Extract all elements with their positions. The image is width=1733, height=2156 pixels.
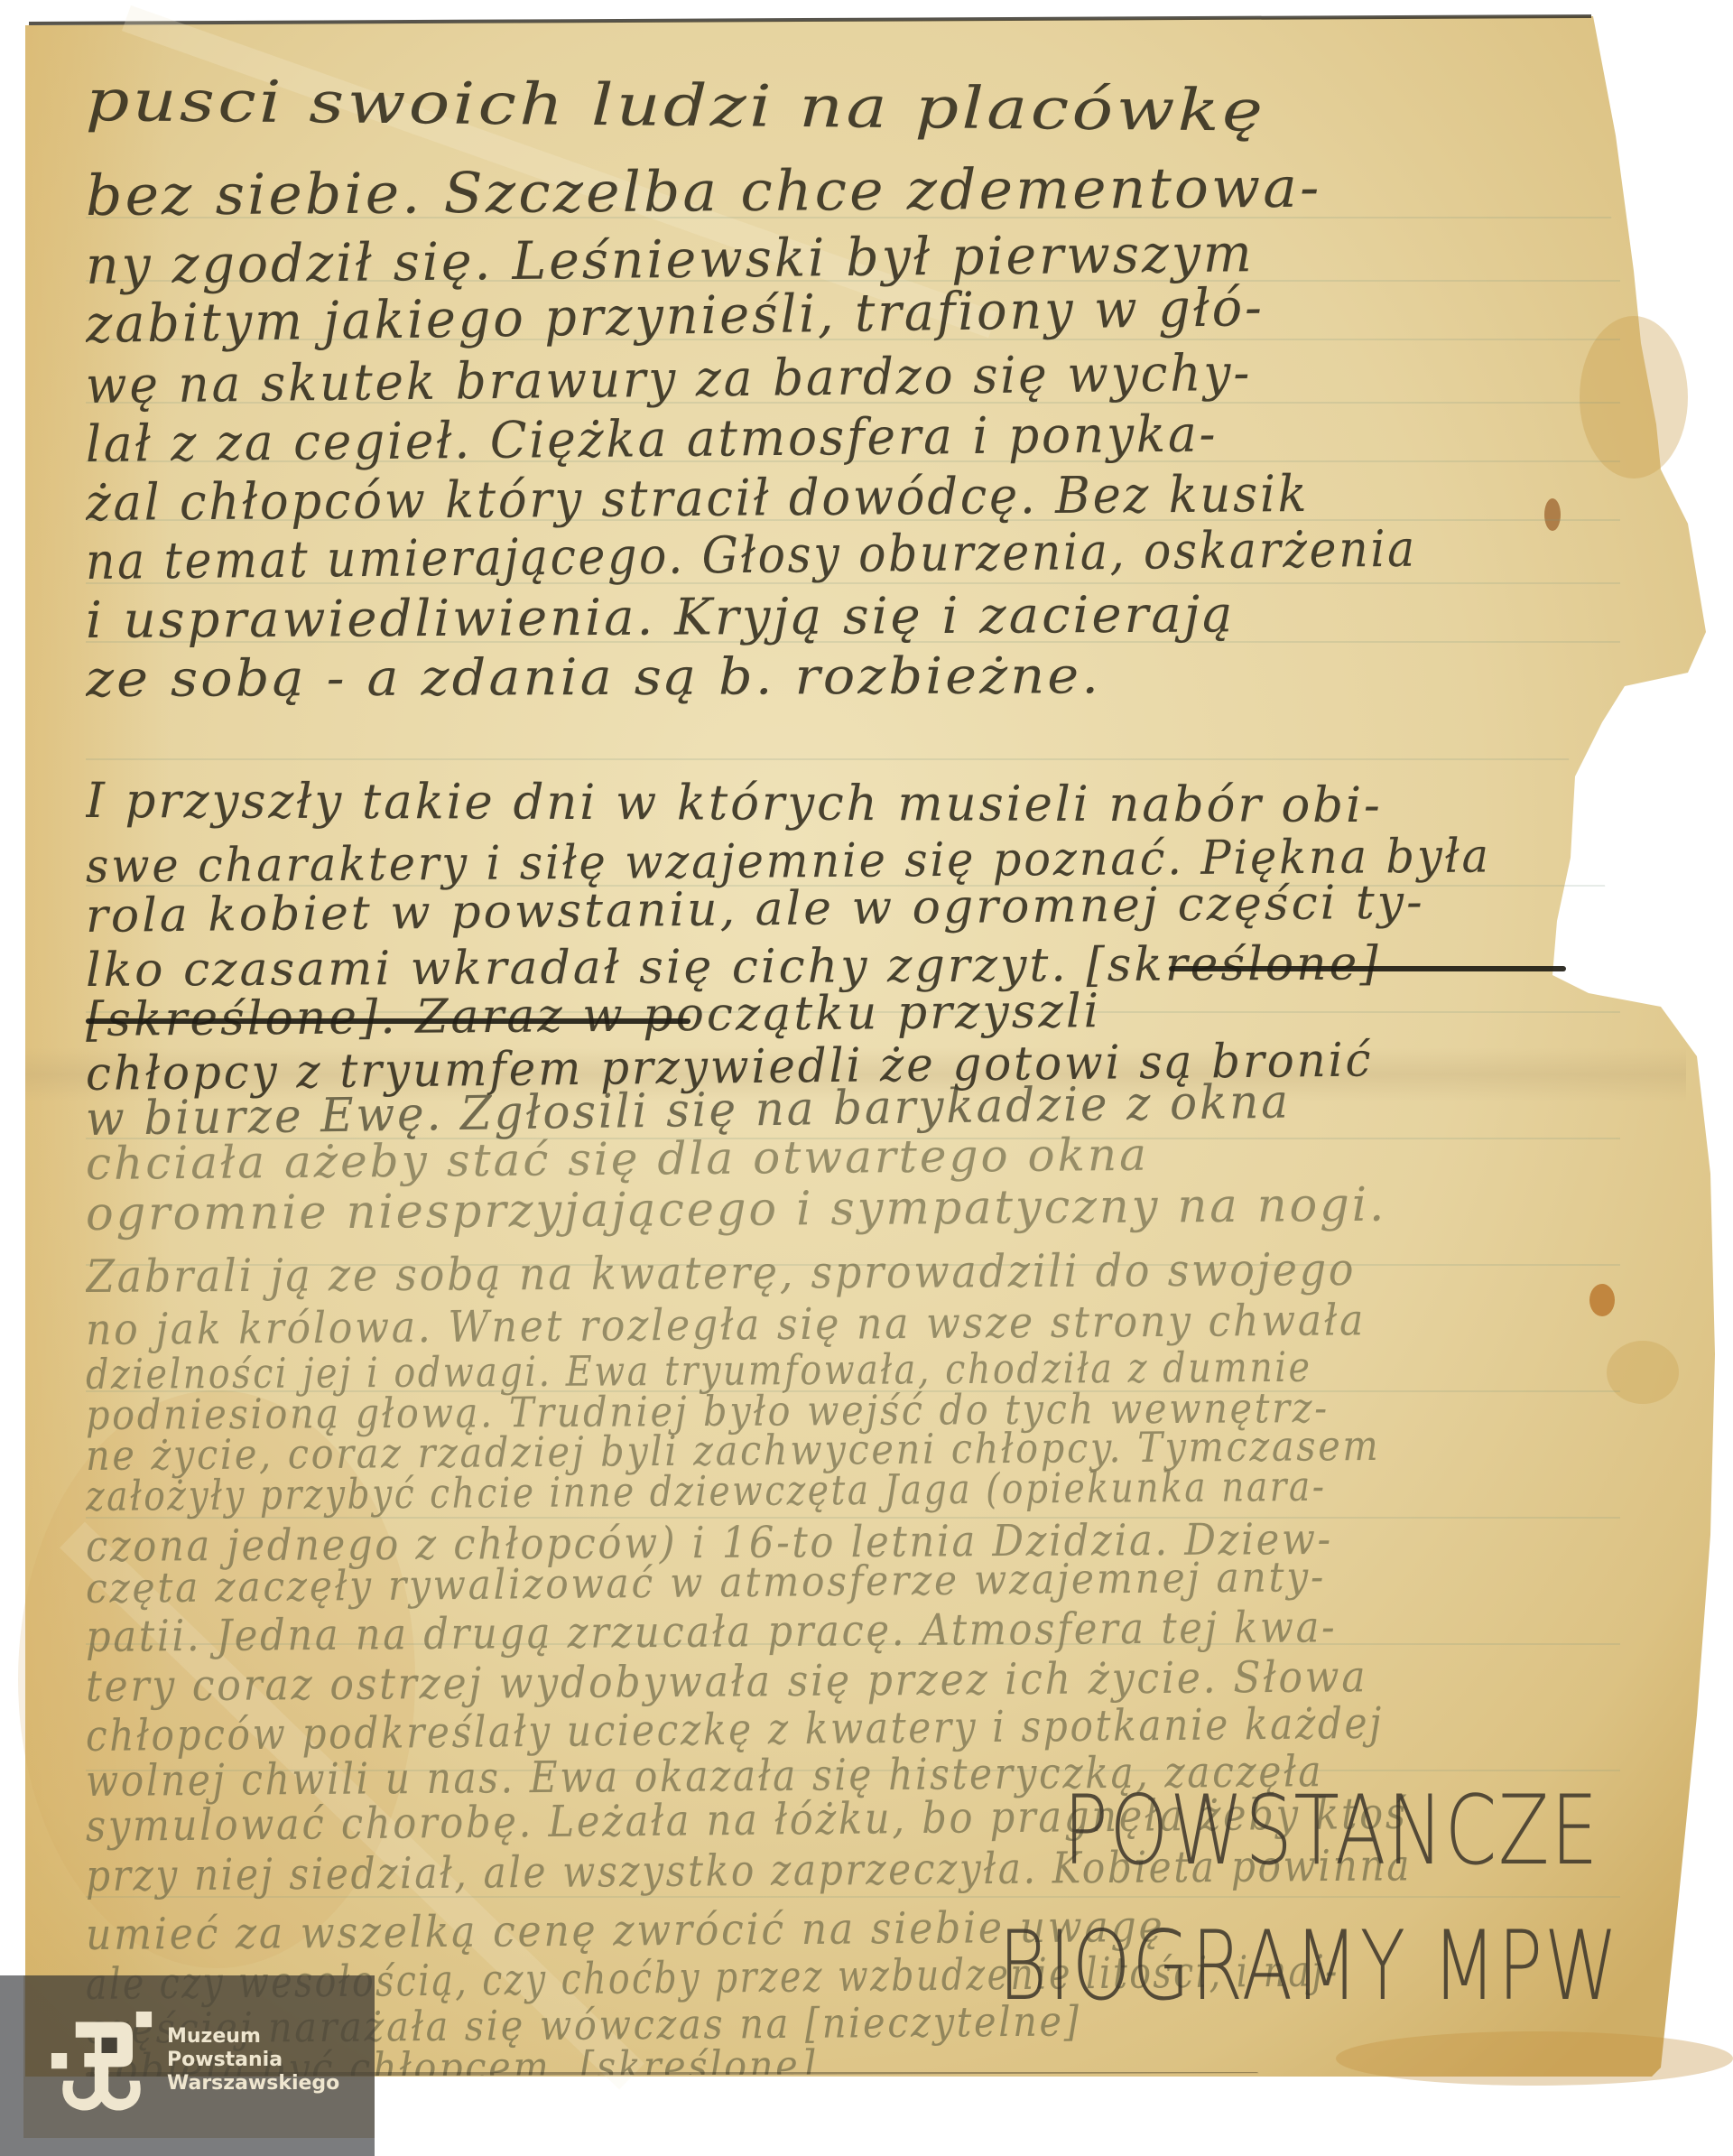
polska-walczaca-anchor-icon [50, 2012, 153, 2115]
powstancze-biogramy-watermark: POWSTANCZE BIOGRAMY MPW [998, 1783, 1612, 2014]
museum-name: Muzeum Powstania Warszawskiego [167, 2025, 339, 2096]
strikethrough-mark [86, 1018, 690, 1024]
handwritten-line: pusci swoich ludzi na placówkę [86, 68, 1266, 145]
museum-name-line-1: Muzeum [167, 2025, 339, 2049]
handwritten-line: bez siebie. Szczelba chce zdementowa- [86, 154, 1322, 228]
strikethrough-mark [1169, 966, 1566, 971]
museum-name-line-3: Warszawskiego [167, 2072, 339, 2096]
watermark-line-1: POWSTANCZE [1063, 1783, 1491, 1879]
museum-logo-badge: Muzeum Powstania Warszawskiego [0, 1975, 375, 2156]
handwritten-line: lał z za cegieł. Ciężka atmosfera i pony… [86, 404, 1219, 474]
handwritten-line: wę na skutek brawury za bardzo się wychy… [86, 344, 1253, 415]
handwritten-line: i usprawiedliwienia. Kryją się i zaciera… [86, 585, 1236, 650]
ruled-line [86, 758, 1620, 760]
handwritten-line: ze sobą - a zdania są b. rozbieżne. [86, 646, 1101, 709]
scanned-document-page: pusci swoich ludzi na placówkę bez siebi… [0, 0, 1733, 2156]
handwritten-line: na temat umierającego. Głosy oburzenia, … [86, 520, 1417, 591]
handwritten-line: założyły przybyć chcie inne dziewczęta J… [86, 1462, 1327, 1520]
handwritten-line: I przyszły takie dni w których musieli n… [86, 772, 1383, 833]
handwritten-line: Zabrali ją ze sobą na kwaterę, sprowadzi… [86, 1243, 1357, 1303]
handwritten-line: ogromnie niesprzyjającego i sympatyczny … [86, 1178, 1387, 1241]
museum-name-line-2: Powstania [167, 2049, 339, 2072]
watermark-line-2: BIOGRAMY MPW [998, 1919, 1477, 2014]
